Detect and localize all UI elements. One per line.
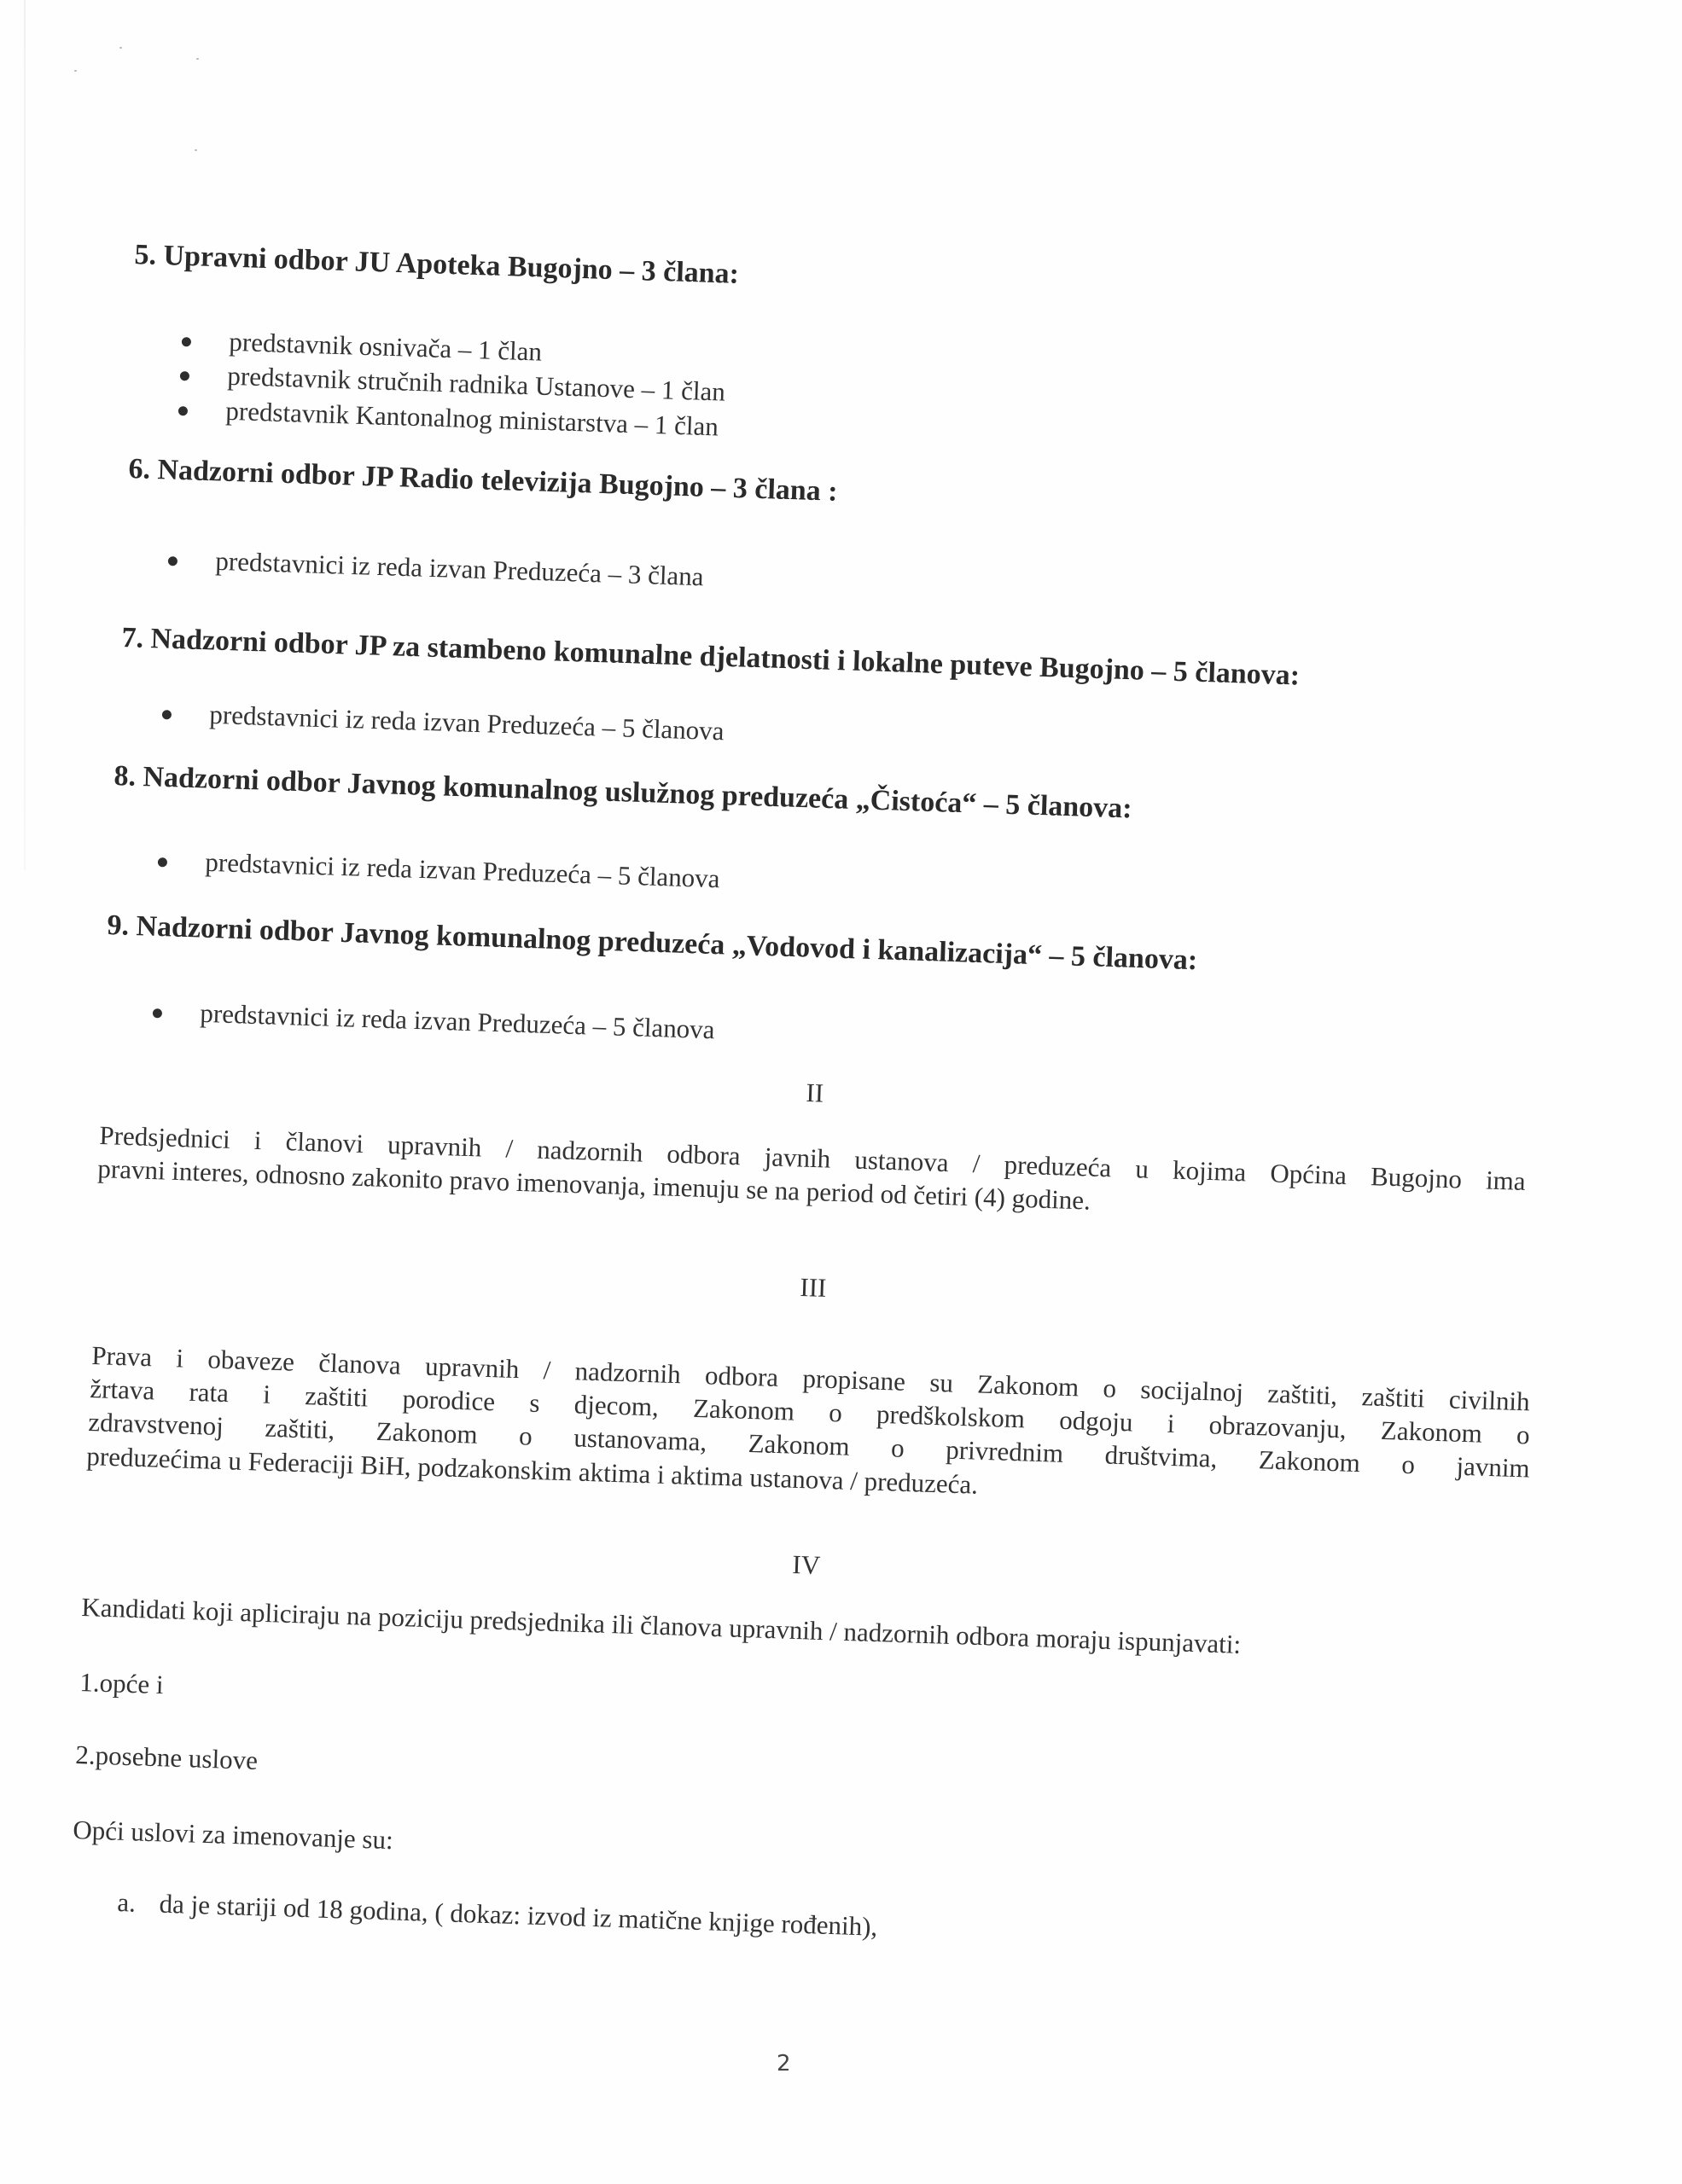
- general-conditions-label: Opći uslovi za imenovanje su:: [73, 1816, 393, 1853]
- section-heading: 5. Upravni odbor JU Apoteka Bugojno – 3 …: [134, 241, 739, 289]
- list-item-text: predstavnici iz reda izvan Preduzeća – 3…: [215, 546, 704, 591]
- scan-edge-shadow: [24, 0, 26, 870]
- list-item: predstavnici iz reda izvan Preduzeća – 5…: [157, 847, 720, 892]
- bullet-icon: [168, 556, 178, 566]
- general-condition-item: a. da je stariji od 18 godina, ( dokaz: …: [117, 1889, 878, 1940]
- scan-speck: [195, 149, 197, 151]
- section-number: 5.: [134, 239, 157, 271]
- page-number: 2: [777, 2051, 791, 2077]
- scan-speck: [74, 70, 77, 72]
- bullet-icon: [178, 406, 188, 415]
- list-item: predstavnici iz reda izvan Preduzeća – 3…: [167, 546, 704, 590]
- condition-item: 1.opće i: [79, 1669, 164, 1698]
- section-title: Upravni odbor JU Apoteka Bugojno – 3 čla…: [163, 240, 740, 290]
- bullet-icon: [162, 710, 172, 719]
- paragraph-line: Kandidati koji apliciraju na poziciju pr…: [81, 1594, 1242, 1658]
- section-title: Nadzorni odbor Javnog komunalnog uslužno…: [143, 761, 1132, 824]
- article-heading-ii: II: [806, 1079, 824, 1107]
- bullet-icon: [158, 857, 167, 867]
- list-item-text: predstavnici iz reda izvan Preduzeća – 5…: [209, 700, 725, 746]
- condition-text: 1.opće i: [79, 1667, 164, 1699]
- scan-speck: [119, 47, 122, 49]
- bullet-icon: [153, 1008, 162, 1018]
- item-marker: a.: [117, 1887, 137, 1918]
- list-item: predstavnici iz reda izvan Preduzeća – 5…: [152, 998, 715, 1043]
- list-item-text: predstavnici iz reda izvan Preduzeća – 5…: [205, 847, 720, 893]
- section-heading: 7. Nadzorni odbor JP za stambeno komunal…: [121, 624, 1301, 691]
- condition-item: 2.posebne uslove: [75, 1741, 258, 1774]
- condition-text: 2.posebne uslove: [75, 1740, 259, 1775]
- section-number: 9.: [107, 909, 130, 942]
- paragraph-text: Kandidati koji apliciraju na poziciju pr…: [81, 1592, 1242, 1659]
- article-heading-iv: IV: [792, 1551, 821, 1578]
- bullet-icon: [180, 371, 189, 380]
- section-number: 7.: [121, 622, 144, 654]
- section-heading: 6. Nadzorni odbor JP Radio televizija Bu…: [128, 455, 838, 507]
- scanned-page: 5. Upravni odbor JU Apoteka Bugojno – 3 …: [0, 0, 1682, 2184]
- section-title: Nadzorni odbor JP Radio televizija Bugoj…: [157, 454, 838, 508]
- list-item: predstavnici iz reda izvan Preduzeća – 5…: [161, 700, 725, 744]
- article-heading-iii: III: [800, 1274, 827, 1301]
- section-number: 6.: [128, 453, 151, 485]
- label-text: Opći uslovi za imenovanje su:: [73, 1815, 393, 1855]
- section-heading: 8. Nadzorni odbor Javnog komunalnog uslu…: [113, 762, 1132, 824]
- section-title: Nadzorni odbor JP za stambeno komunalne …: [150, 623, 1301, 691]
- section-heading: 9. Nadzorni odbor Javnog komunalnog pred…: [107, 911, 1198, 975]
- bullet-icon: [182, 337, 191, 346]
- scan-speck: [196, 58, 199, 60]
- section-number: 8.: [113, 760, 137, 793]
- list-item-text: predstavnik osnivača – 1 član: [229, 327, 543, 367]
- list-item: predstavnik osnivača – 1 član: [181, 327, 542, 365]
- section-title: Nadzorni odbor Javnog komunalnog preduze…: [136, 910, 1198, 976]
- item-text: da je stariji od 18 godina, ( dokaz: izv…: [159, 1889, 878, 1942]
- list-item-text: predstavnici iz reda izvan Preduzeća – 5…: [200, 998, 715, 1044]
